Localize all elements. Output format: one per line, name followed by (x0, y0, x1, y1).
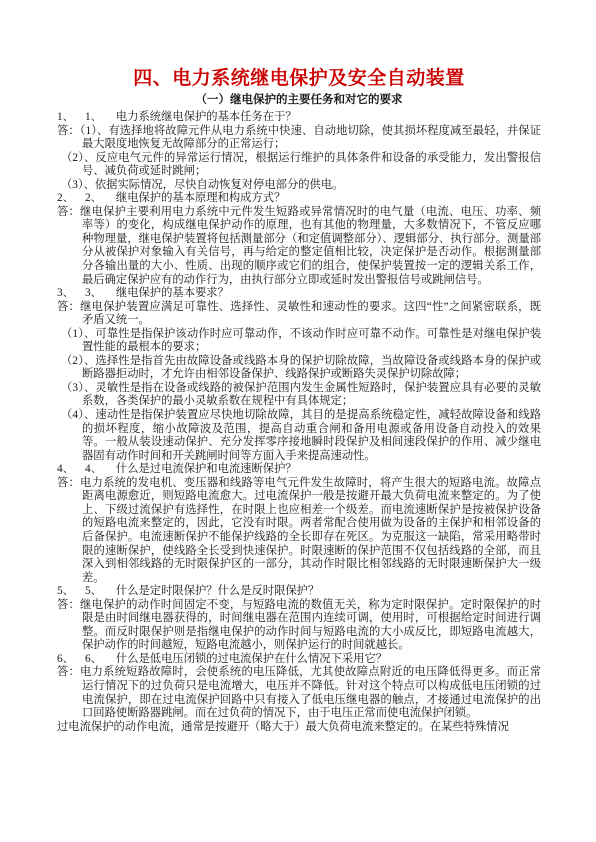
question-4-number: 4、 (57, 463, 74, 475)
answer-6: 答：电力系统短路故障时，会使系统的电压降低，尤其使故障点附近的电压降低得更多。而… (57, 666, 541, 720)
question-1-number-repeat: 1、 (85, 111, 102, 123)
question-3-number-repeat: 3、 (85, 287, 102, 299)
answer-3: 答：继电保护装置应满足可靠性、选择性、灵敏性和速动性的要求。这四“性”之间紧密联… (57, 301, 541, 328)
question-1: 1、1、电力系统继电保护的基本任务在于？ (57, 111, 541, 125)
answer-3-item-3: （3）、灵敏性是指在设备或线路的被保护范围内发生金属性短路时，保护装置应具有必要… (57, 382, 541, 409)
question-5-number: 5、 (57, 585, 74, 597)
question-6: 6、6、什么是低电压闭锁的过电流保护在什么情况下采用它？ (57, 653, 541, 667)
answer-4: 答：电力系统的发电机、变压器和线路等电气元件发生故障时，将产生很大的短路电流。故… (57, 477, 541, 585)
question-1-number: 1、 (57, 111, 74, 123)
question-5-number-repeat: 5、 (85, 585, 102, 597)
question-4-text: 什么是过电流保护和电流速断保护？ (116, 463, 297, 475)
question-4-number-repeat: 4、 (85, 463, 102, 475)
document-body: 四、电力系统继电保护及安全自动装置 （一）继电保护的主要任务和对它的要求 1、1… (57, 66, 541, 734)
question-3-number: 3、 (57, 287, 74, 299)
question-1-text: 电力系统继电保护的基本任务在于？ (116, 111, 297, 123)
question-2-text: 继电保护的基本原理和构成方式？ (116, 192, 285, 204)
closing-paragraph: 过电流保护的动作电流，通常是按避开（略大于）最大负荷电流来整定的。在某些特殊情况 (57, 721, 541, 735)
question-2-number: 2、 (57, 192, 74, 204)
question-2-number-repeat: 2、 (85, 192, 102, 204)
answer-5: 答：继电保护的动作时间固定不变，与短路电流的数值无关，称为定时限保护。定时限保护… (57, 599, 541, 653)
question-5: 5、5、什么是定时限保护？什么是反时限保护？ (57, 585, 541, 599)
answer-3-item-2: （2）、选择性是指首先由故障设备或线路本身的保护切除故障，当故障设备或线路本身的… (57, 355, 541, 382)
answer-1-item-2: （2）、反应电气元件的异常运行情况，根据运行维护的具体条件和设备的承受能力，发出… (57, 152, 541, 179)
question-6-number-repeat: 6、 (85, 653, 102, 665)
page-title: 四、电力系统继电保护及安全自动装置 (57, 66, 541, 92)
answer-1: 答：（1）、有选择地将故障元件从电力系统中快速、自动地切除，使其损坏程度减至最轻… (57, 125, 541, 152)
question-5-text: 什么是定时限保护？什么是反时限保护？ (116, 585, 319, 597)
question-3-text: 继电保护的基本要求？ (116, 287, 229, 299)
answer-3-item-4: （4）、速动性是指保护装置应尽快地切除故障，其目的是提高系统稳定性，减轻故障设备… (57, 409, 541, 463)
section-subtitle: （一）继电保护的主要任务和对它的要求 (57, 93, 541, 108)
answer-3-item-1: （1）、可靠性是指保护该动作时应可靠动作，不该动作时应可靠不动作。可靠性是对继电… (57, 328, 541, 355)
answer-1-item-3: （3）、依据实际情况，尽快自动恢复对停电部分的供电。 (57, 179, 541, 193)
question-4: 4、4、什么是过电流保护和电流速断保护？ (57, 463, 541, 477)
question-2: 2、2、继电保护的基本原理和构成方式？ (57, 192, 541, 206)
question-3: 3、3、继电保护的基本要求？ (57, 287, 541, 301)
answer-2: 答：继电保护主要利用电力系统中元件发生短路或异常情况时的电气量（电流、电压、功率… (57, 206, 541, 287)
document-page: 四、电力系统继电保护及安全自动装置 （一）继电保护的主要任务和对它的要求 1、1… (0, 0, 596, 842)
question-6-text: 什么是低电压闭锁的过电流保护在什么情况下采用它？ (116, 653, 387, 665)
question-6-number: 6、 (57, 653, 74, 665)
